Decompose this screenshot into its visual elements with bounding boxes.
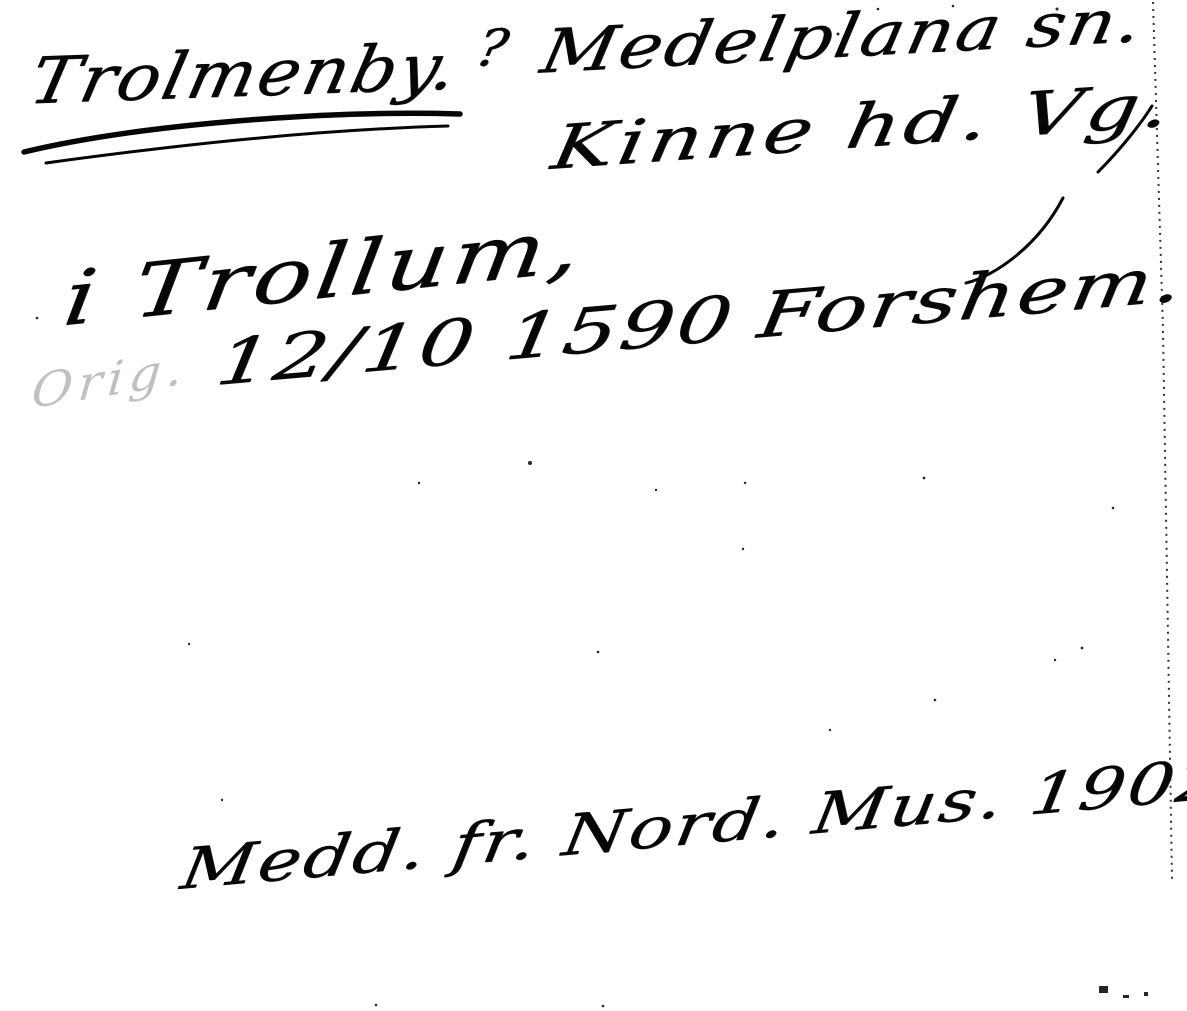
source-citation-text: Medd. fr. Nord. Mus. 1902. bbox=[176, 743, 1187, 903]
source-citation-line: Medd. fr. Nord. Mus. 1902. bbox=[177, 748, 1187, 899]
parish-line: Medelplana sn. bbox=[536, 0, 1149, 83]
headword-underline-stroke bbox=[24, 113, 460, 163]
faint-pencil-note: Orig. bbox=[30, 343, 190, 415]
headword-text: Trolmenby. bbox=[23, 30, 465, 119]
district-line: Kinne hd. Vg. bbox=[547, 75, 1178, 179]
scanned-archive-card: Trolmenby.? Medelplana sn. Kinne hd. Vg.… bbox=[0, 0, 1187, 1011]
parish-text: Medelplana sn. bbox=[535, 0, 1150, 88]
headword-line: Trolmenby.? bbox=[24, 33, 512, 114]
faint-note-text: Orig. bbox=[30, 339, 191, 419]
attestation-place: Forshem. bbox=[753, 241, 1187, 353]
district-text: Kinne hd. Vg. bbox=[546, 70, 1179, 184]
headword-query-mark: ? bbox=[472, 22, 515, 74]
